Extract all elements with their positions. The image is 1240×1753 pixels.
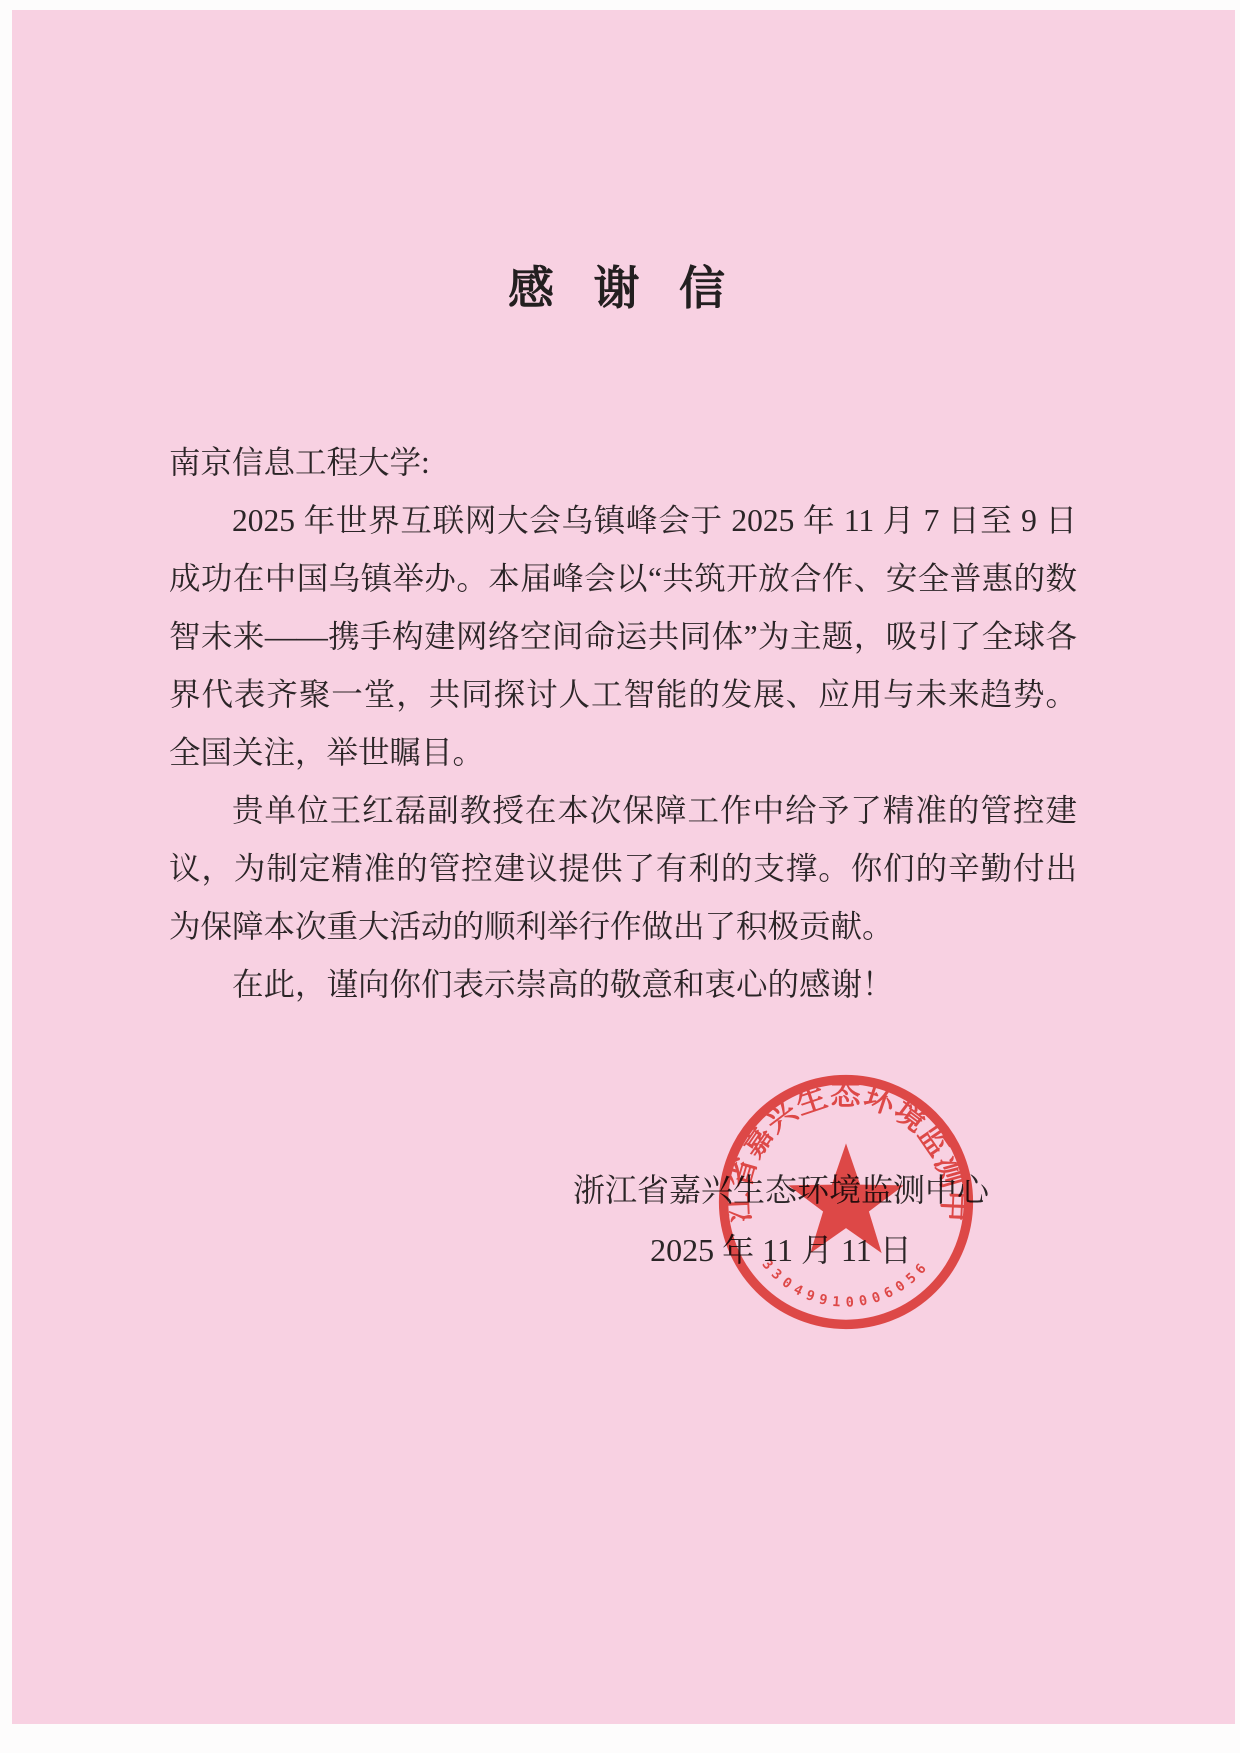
letter-page: 感 谢 信 南京信息工程大学: 2025 年世界互联网大会乌镇峰会于 2025 … (12, 10, 1235, 1724)
paragraph-3: 在此，谨向你们表示崇高的敬意和衷心的感谢！ (169, 956, 1077, 1014)
paragraph-2: 贵单位王红磊副教授在本次保障工作中给予了精准的管控建议，为制定精准的管控建议提供… (169, 782, 1077, 956)
salutation: 南京信息工程大学: (169, 434, 1077, 492)
signature-date: 2025 年 11 月 11 日 (573, 1220, 989, 1280)
letter-body: 南京信息工程大学: 2025 年世界互联网大会乌镇峰会于 2025 年 11 月… (169, 434, 1077, 1014)
signature-org-name: 浙江省嘉兴生态环境监测中心 (573, 1160, 989, 1220)
signature-block: 浙江省嘉兴生态环境监测中心 2025 年 11 月 11 日 (573, 1160, 989, 1280)
letter-title: 感 谢 信 (12, 252, 1235, 318)
paragraph-1: 2025 年世界互联网大会乌镇峰会于 2025 年 11 月 7 日至 9 日成… (169, 492, 1077, 782)
